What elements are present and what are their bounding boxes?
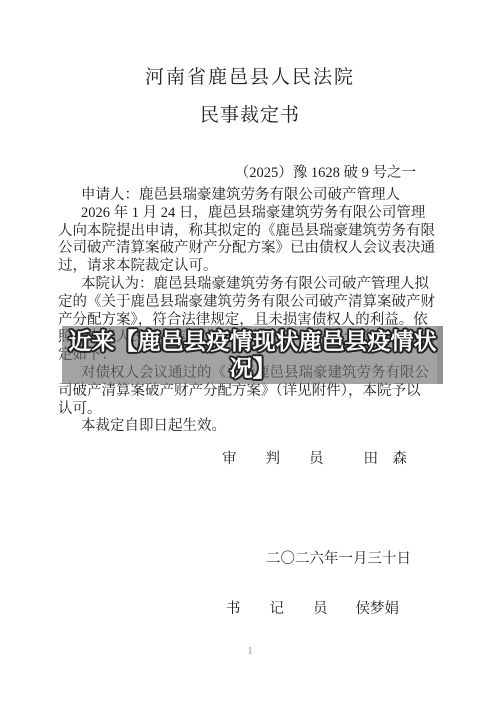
overlay-banner-text-line: 近来【鹿邑县疫情现状鹿邑县疫情状: [69, 328, 437, 355]
case-number: （2025）豫 1628 破 9 号之一: [58, 164, 442, 183]
body-line: 申请人：鹿邑县瑞豪建筑劳务有限公司破产管理人: [58, 187, 442, 205]
body-line: 认可。: [58, 401, 442, 419]
document-page: 河南省鹿邑县人民法院 民事裁定书 （2025）豫 1628 破 9 号之一 申请…: [0, 0, 500, 706]
page-number: 1: [58, 646, 442, 658]
body-line: 本院认为：鹿邑县瑞豪建筑劳务有限公司破产管理人拟: [58, 276, 442, 294]
judge-signature-line: 审 判 员田 森: [222, 450, 442, 468]
body-line: 定的《关于鹿邑县瑞豪建筑劳务有限公司破产清算案破产财: [58, 294, 442, 312]
body-line: 公司破产清算案破产财产分配方案》已由债权人会议表决通: [58, 240, 442, 258]
overlay-banner-text-line: 况】: [230, 355, 276, 382]
judge-role: 审 判 员: [222, 451, 324, 467]
court-name: 河南省鹿邑县人民法院: [58, 0, 442, 90]
body-line: 人向本院提出申请，称其拟定的《鹿邑县瑞豪建筑劳务有限: [58, 223, 442, 241]
overlay-banner: 近来【鹿邑县疫情现状鹿邑县疫情状 况】: [62, 326, 443, 384]
doc-type-title: 民事裁定书: [58, 104, 442, 128]
body-line: 本裁定自即日起生效。: [58, 418, 442, 436]
document-body: 申请人：鹿邑县瑞豪建筑劳务有限公司破产管理人 2026 年 1 月 24 日，鹿…: [58, 187, 442, 436]
body-line: 过，请求本院裁定认可。: [58, 258, 442, 276]
clerk-signature-line: 书 记 员侯梦娟: [226, 600, 442, 618]
clerk-role: 书 记 员: [226, 601, 328, 617]
body-line: 2026 年 1 月 24 日，鹿邑县瑞豪建筑劳务有限公司管理: [58, 205, 442, 223]
clerk-name: 侯梦娟: [356, 601, 400, 617]
ruling-date: 二〇二六年一月三十日: [266, 550, 442, 568]
body-line: 司破产清算案破产财产分配方案》（详见附件），本院予以: [58, 383, 442, 401]
judge-name: 田 森: [364, 451, 408, 467]
